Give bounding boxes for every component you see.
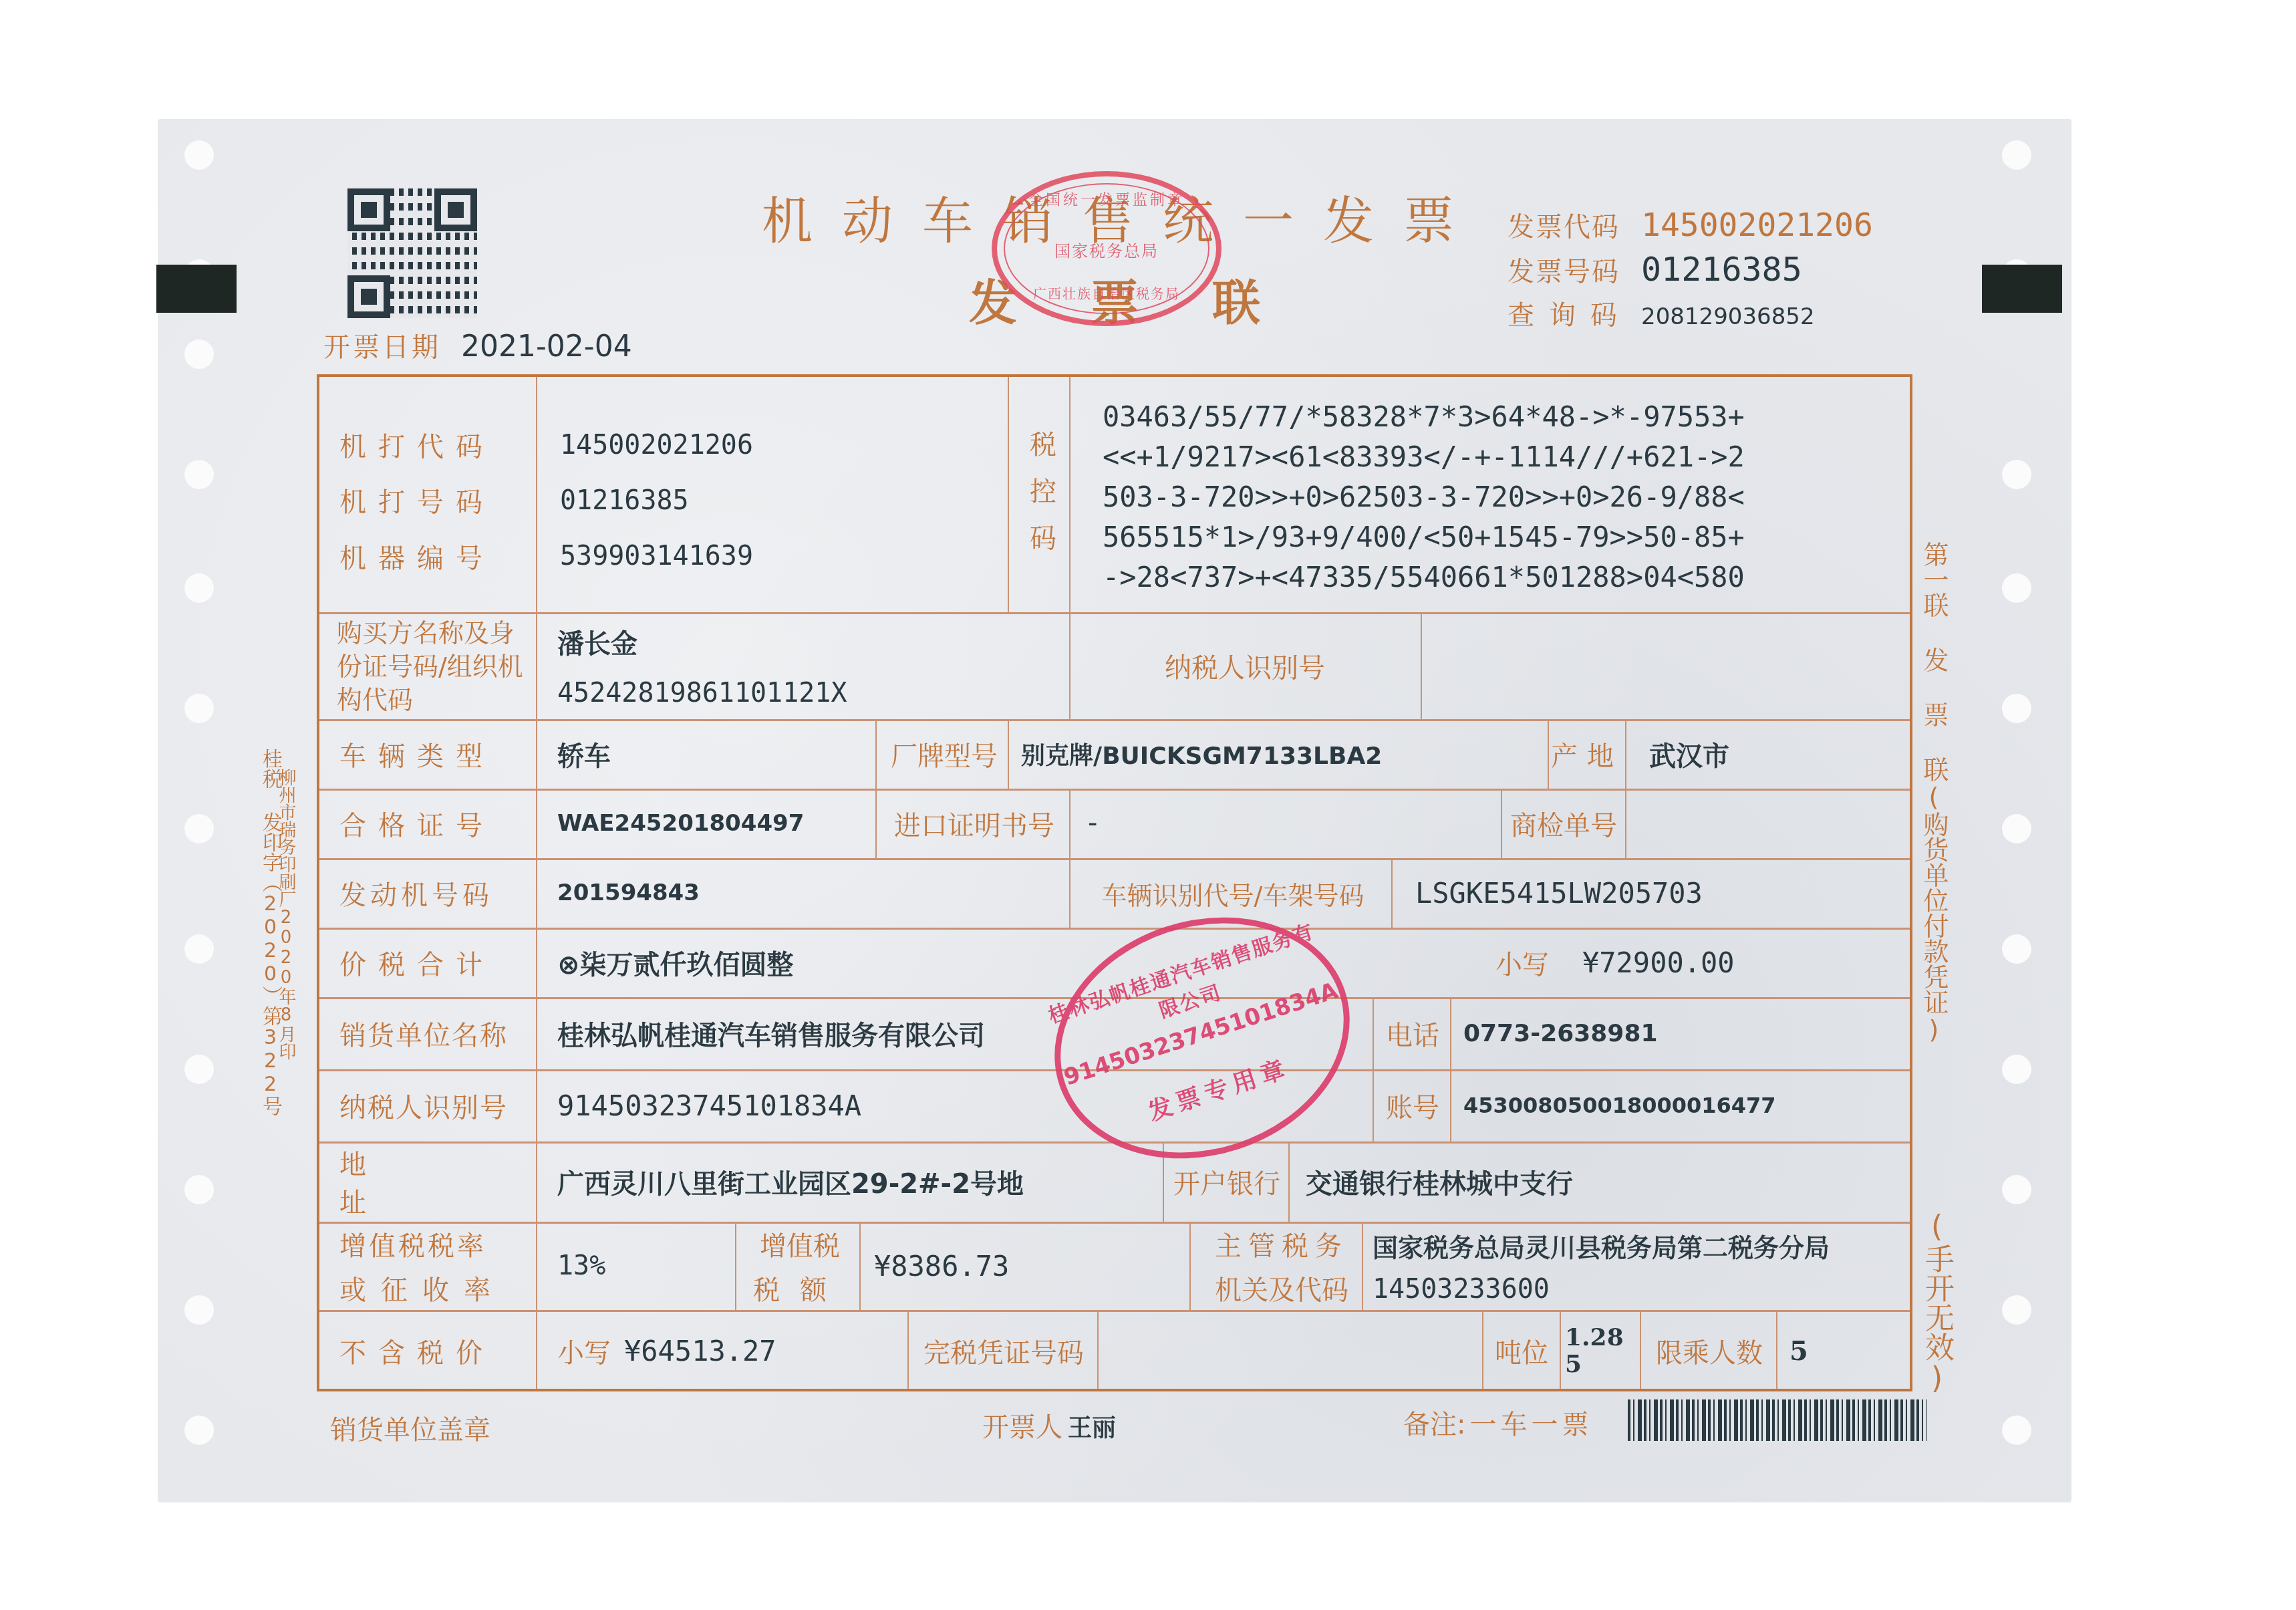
perforation-hole	[184, 140, 214, 170]
perforation-hole	[2002, 1416, 2031, 1445]
duty-cert	[1108, 1310, 1469, 1391]
pretax-label: 不含税价	[339, 1310, 533, 1391]
qr-code	[347, 188, 477, 318]
perforation-hole	[2002, 1295, 2031, 1325]
pretax-amount: ¥64513.27	[624, 1335, 776, 1367]
tax-control-line: ->28<737>+<47335/5540661*501288>04<580	[1103, 557, 1745, 597]
issue-date-label: 开票日期	[323, 326, 441, 364]
machine-values: 145002021206 01216385 539903141639	[560, 417, 988, 584]
seller-taxpayer-id-label: 纳税人识别号	[339, 1069, 533, 1142]
issuer-row: 开票人 王丽	[982, 1406, 1116, 1444]
brand-model: 别克牌/BUICKSGM7133LBA2	[1021, 719, 1542, 789]
perforation-hole	[184, 934, 214, 964]
engine-label: 发动机号码	[339, 858, 533, 928]
seller-bank: 交通银行桂林城中支行	[1306, 1142, 1894, 1222]
perforation-hole	[184, 694, 214, 723]
origin: 武汉市	[1649, 719, 1890, 789]
machine-labels: 机打代码 机打号码 机器编号	[339, 417, 533, 584]
perforation-hole	[2002, 1055, 2031, 1084]
buyer-id: 45242819861101121X	[557, 678, 847, 708]
copy-note: 第一联 发 票 联(购货单位付款凭证)	[1915, 541, 1953, 1044]
perforation-hole	[2002, 1175, 2031, 1204]
perforation-hole	[2002, 694, 2031, 723]
registration-mark	[156, 265, 237, 313]
import-cert-label: 进口证明书号	[879, 789, 1069, 858]
perforation-hole	[184, 1416, 214, 1445]
origin-label: 产地	[1549, 719, 1625, 789]
invoice-number: 01216385	[1641, 250, 1802, 289]
remark-text: 一车一票	[1469, 1403, 1592, 1442]
perforation-hole	[184, 1055, 214, 1084]
seller-phone-label: 电话	[1375, 997, 1450, 1069]
tax-control-line: 565515*1>/93+9/400/<50+1545-79>>50-85+	[1103, 517, 1745, 557]
seller-account: 453008050018000016477	[1463, 1069, 1904, 1142]
seller-seal-label: 销货单位盖章	[330, 1409, 490, 1447]
machine-number: 01216385	[560, 485, 689, 516]
tonnage-label: 吨位	[1483, 1310, 1560, 1391]
tax-amount-label: 税额	[753, 1269, 847, 1307]
pretax-small-label: 小写	[557, 1332, 611, 1370]
perforation-hole	[2002, 460, 2031, 489]
tax-rate: 13%	[557, 1222, 731, 1310]
tax-authority-label: 机关及代码	[1215, 1269, 1348, 1307]
brand-label: 厂牌型号	[881, 719, 1008, 789]
registration-mark	[1982, 265, 2062, 313]
tax-amount-label: 增值税	[760, 1225, 840, 1263]
tax-control-line: <<+1/9217><61<83393</-+-1114///+621->2	[1103, 437, 1745, 477]
inspection-number	[1636, 789, 1890, 858]
seller-name-label: 销货单位名称	[339, 997, 533, 1069]
seller-address: 广西灵川八里街工业园区29-2#-2号地	[557, 1142, 1159, 1222]
machine-code: 145002021206	[560, 430, 753, 460]
issuer-label: 开票人	[982, 1406, 1062, 1444]
invoice-code: 145002021206	[1641, 207, 1873, 244]
tax-control-label: 税控码	[1021, 417, 1061, 584]
tonnage: 1.285	[1565, 1310, 1632, 1391]
tax-amount: ¥8386.73	[874, 1222, 1181, 1310]
duty-cert-label: 完税凭证号码	[910, 1310, 1097, 1391]
query-code-label: 查询码	[1508, 294, 1641, 332]
remark-label: 备注:	[1403, 1403, 1465, 1442]
perforation-hole	[2002, 573, 2031, 603]
tax-rate-label: 增值税税率	[339, 1225, 486, 1263]
perforation-hole	[2002, 814, 2031, 843]
printer-note: 柳州市瑞务印刷厂2020年8月印	[274, 769, 299, 1060]
machine-number-label: 机打号码	[339, 481, 494, 519]
remark-row: 备注: 一车一票	[1403, 1403, 1592, 1442]
total-in-words: ⊗柒万贰仟玖佰圆整	[557, 928, 1159, 997]
invoice-code-label: 发票代码	[1508, 206, 1641, 244]
issue-date: 2021-02-04	[461, 329, 632, 364]
perforation-hole	[184, 1175, 214, 1204]
seal-text: 全国统一发票监制章	[997, 188, 1216, 209]
import-cert: -	[1088, 789, 1489, 858]
seller-phone: 0773-2638981	[1463, 997, 1891, 1069]
perforation-hole	[184, 1295, 214, 1325]
tax-rate-label: 或征收率	[339, 1269, 505, 1307]
total-label: 价税合计	[339, 928, 533, 997]
cert-number: WAE245201804497	[557, 789, 865, 858]
seller-address-label: 地址	[339, 1142, 533, 1222]
invoice-header-info: 发票代码 145002021206 发票号码 01216385 查询码 2081…	[1508, 206, 1873, 338]
seller-account-label: 账号	[1375, 1069, 1450, 1142]
inspection-label: 商检单号	[1502, 789, 1625, 858]
invoice-number-label: 发票号码	[1508, 251, 1641, 289]
buyer-values: 潘长金 45242819861101121X	[557, 615, 1052, 716]
pretax-amount-cell: 小写 ¥64513.27	[557, 1310, 905, 1391]
buyer-label: 购买方名称及身份证号码/组织机构代码	[337, 615, 531, 716]
buyer-taxpayer-id	[1429, 612, 1896, 719]
perforation-hole	[2002, 140, 2031, 170]
perforation-hole	[184, 573, 214, 603]
barcode	[1628, 1399, 1927, 1441]
tax-rate-labels: 增值税税率 或征收率	[339, 1222, 533, 1310]
buyer-name: 潘长金	[557, 623, 637, 661]
capacity-label: 限乘人数	[1642, 1310, 1776, 1391]
tax-bureau-seal: 全国统一发票监制章 国家税务总局 广西壮族自治区税务局	[992, 171, 1222, 326]
seal-text: 国家税务总局	[997, 238, 1216, 261]
issuer-name: 王丽	[1068, 1410, 1116, 1444]
issue-date-row: 开票日期 2021-02-04	[323, 326, 632, 364]
total-small-label: 小写	[1495, 928, 1576, 997]
perforation-hole	[184, 460, 214, 489]
machine-device: 539903141639	[560, 541, 753, 571]
tax-control-code: 03463/55/77/*58328*7*3>64*48->*-97553+ <…	[1103, 390, 1904, 604]
vehicle-type: 轿车	[557, 719, 865, 789]
total-amount: ¥72900.00	[1582, 928, 1850, 997]
machine-device-label: 机器编号	[339, 537, 494, 575]
query-code: 208129036852	[1641, 303, 1815, 330]
tax-authority-code: 14503233600	[1373, 1274, 1550, 1305]
machine-code-label: 机打代码	[339, 426, 494, 464]
tax-amount-labels: 增值税 税额	[740, 1222, 859, 1310]
tax-authority-label: 主管税务	[1215, 1225, 1348, 1263]
tax-authority-labels: 主管税务 机关及代码	[1201, 1222, 1362, 1310]
perforation-hole	[184, 340, 214, 369]
tax-authority: 国家税务总局灵川县税务局第二税务分局	[1373, 1227, 1830, 1264]
perforation-hole	[2002, 934, 2031, 964]
vehicle-type-label: 车辆类型	[339, 719, 533, 789]
handwritten-invalid-note: (手开无效)	[1915, 1210, 1958, 1395]
cert-label: 合格证号	[339, 789, 533, 858]
invoice-table: 机打代码 机打号码 机器编号 145002021206 01216385 539…	[317, 374, 1912, 1391]
tax-authority-values: 国家税务总局灵川县税务局第二税务分局 14503233600	[1373, 1222, 1907, 1310]
tax-control-line: 03463/55/77/*58328*7*3>64*48->*-97553+	[1103, 397, 1745, 437]
seal-text: 广西壮族自治区税务局	[997, 283, 1216, 303]
buyer-taxpayer-id-label: 纳税人识别号	[1069, 612, 1421, 719]
vin: LSGKE5415LW205703	[1415, 858, 1896, 928]
tax-control-line: 503-3-720>>+0>62503-3-720>>+0>26-9/88<	[1103, 477, 1745, 517]
perforation-hole	[184, 814, 214, 843]
capacity: 5	[1789, 1310, 1896, 1391]
engine-number: 201594843	[557, 858, 1052, 928]
